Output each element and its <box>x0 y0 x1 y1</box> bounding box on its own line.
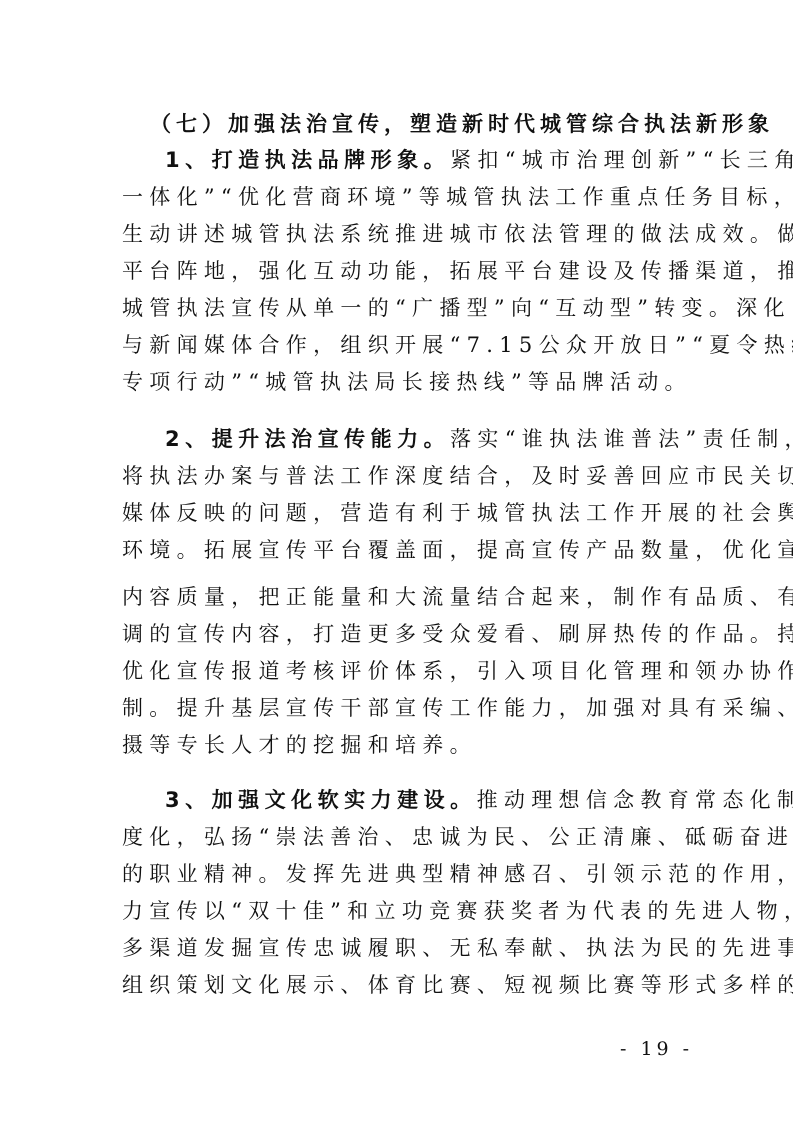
section-heading: （七）加强法治宣传，塑造新时代城管综合执法新形象 <box>150 106 774 142</box>
paragraph-line: 城管执法宣传从单一的“广播型”向“互动型”转变。深化 <box>122 290 682 326</box>
paragraph-line: 度化，弘扬“崇法善治、忠诚为民、公正清廉、砥砺奋进” <box>122 819 682 855</box>
paragraph-line: 制。提升基层宣传干部宣传工作能力，加强对具有采编、拍 <box>122 690 682 726</box>
paragraph-line: 与新闻媒体合作，组织开展“7.15公众开放日”“夏令热线 <box>122 327 682 363</box>
paragraph-line: 专项行动”“城管执法局长接热线”等品牌活动。 <box>122 364 682 400</box>
subsection-title: 1、打造执法品牌形象。 <box>165 148 450 172</box>
page-number: - 19 - <box>620 1038 693 1060</box>
paragraph-line: 1、打造执法品牌形象。紧扣“城市治理创新”“长三角 <box>165 142 725 178</box>
subsection-title: 3、加强文化软实力建设。 <box>165 788 477 812</box>
paragraph-line: 平台阵地，强化互动功能，拓展平台建设及传播渠道，推动 <box>122 253 682 289</box>
paragraph-line: 摄等专长人才的挖掘和培养。 <box>122 727 682 763</box>
paragraph-line: 力宣传以“双十佳”和立功竞赛获奖者为代表的先进人物， <box>122 893 682 929</box>
paragraph-line: 一体化”“优化营商环境”等城管执法工作重点任务目标， <box>122 179 682 215</box>
paragraph-line: 优化宣传报道考核评价体系，引入项目化管理和领办协作机 <box>122 653 682 689</box>
subsection-title: 2、提升法治宣传能力。 <box>165 427 450 451</box>
paragraph-line: 调的宣传内容，打造更多受众爱看、刷屏热传的作品。持续 <box>122 616 682 652</box>
document-page: （七）加强法治宣传，塑造新时代城管综合执法新形象 1、打造执法品牌形象。紧扣“城… <box>0 0 793 1122</box>
paragraph-line: 多渠道发掘宣传忠诚履职、无私奉献、执法为民的先进事迹。 <box>122 930 682 966</box>
paragraph-line: 组织策划文化展示、体育比赛、短视频比赛等形式多样的城 <box>122 967 682 1003</box>
paragraph-line: 内容质量，把正能量和大流量结合起来，制作有品质、有格 <box>122 579 682 615</box>
paragraph-line: 生动讲述城管执法系统推进城市依法管理的做法成效。做精 <box>122 216 682 252</box>
paragraph-text: 紧扣“城市治理创新”“长三角 <box>450 148 793 172</box>
paragraph-line: 将执法办案与普法工作深度结合，及时妥善回应市民关切和 <box>122 458 682 494</box>
paragraph-line: 2、提升法治宣传能力。落实“谁执法谁普法”责任制， <box>165 421 725 457</box>
paragraph-text: 落实“谁执法谁普法”责任制， <box>450 427 793 451</box>
paragraph-line: 环境。拓展宣传平台覆盖面，提高宣传产品数量，优化宣传 <box>122 532 682 568</box>
paragraph-line: 媒体反映的问题，营造有利于城管执法工作开展的社会舆论 <box>122 495 682 531</box>
paragraph-line: 的职业精神。发挥先进典型精神感召、引领示范的作用，大 <box>122 856 682 892</box>
paragraph-line: 3、加强文化软实力建设。推动理想信念教育常态化制 <box>165 782 725 818</box>
paragraph-text: 推动理想信念教育常态化制 <box>477 788 793 812</box>
